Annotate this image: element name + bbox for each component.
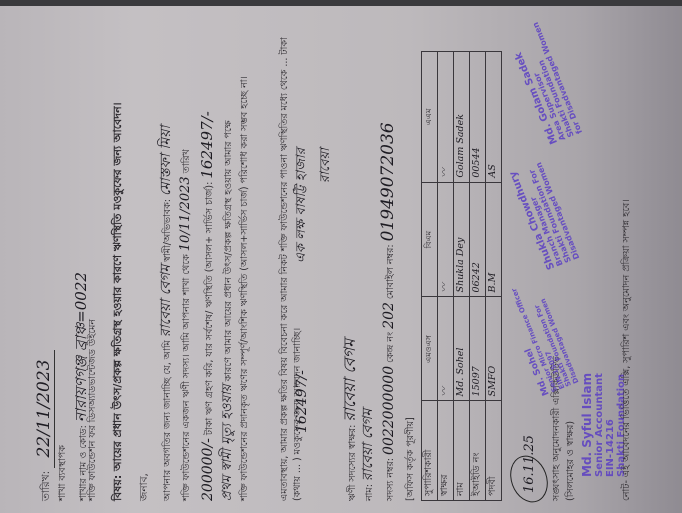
office-section-title: [অফিস কর্তৃক পূরণীয়] <box>405 417 418 501</box>
recommendation-table: সুপারিশকারী এমওএস বিএম এএম স্বাক্ষর 〰 〰 … <box>421 51 502 501</box>
footer-note: নোট- এই আবেদনের ভিত্তিতে এক্সি, সুপারিশ … <box>621 199 634 501</box>
signature-mos: 〰 <box>438 297 454 401</box>
para1-line3: 200000/- টাকা ঋণ গ্রহণ করি, যার সর্বশেষ/… <box>197 111 218 501</box>
row-header-name: নাম <box>454 401 470 501</box>
application-form-page: তারিখ: 22/11/2023 শাখা ব্যবস্থাপক শাখার … <box>21 0 661 513</box>
approver-sub-label: (সিলমোহর ও স্বাক্ষর) <box>565 421 578 501</box>
date-value: 22/11/2023 <box>34 350 55 468</box>
addressee-line-3: শক্তি ফাউন্ডেশন ফর ডিসঅ্যাডভান্টেজড উইমে… <box>87 319 100 501</box>
stamp-shukla-chowdhury: Shukla Chowdhury Branch Manager Shakti F… <box>508 160 582 272</box>
row-header-signature: স্বাক্ষর <box>438 401 454 501</box>
para2-in-words: এক লক্ষ বাষট্টি হাজার <box>293 148 311 263</box>
para2-amount: 162497/- <box>293 370 312 433</box>
row-header-designation: পদবী <box>486 401 502 501</box>
para1-line2: শক্তি ফাউন্ডেশনের একজন ঋণী সদস্য। আমি আপ… <box>177 149 195 501</box>
subject-line: বিষয়: আয়ের প্রধান উৎস/প্রকল্প ক্ষতিগ্র… <box>111 102 126 501</box>
para1-line1: আপনার অবগতির জন্য জানাচ্ছি যে, আমি রাবেয… <box>157 126 176 501</box>
salutation: জনাব, <box>137 473 151 501</box>
stamp-golam-sadek: Md. Golam Sadek Area Supervisor Shakti F… <box>505 21 584 146</box>
approver-signature <box>504 450 554 507</box>
para1-line4: প্রথম স্বামী মৃত্যু হওয়ায় কারণে আমার আ… <box>219 120 237 501</box>
row-header-ein: ইআইডি নং <box>470 401 486 501</box>
date-line: তারিখ: 22/11/2023 <box>33 350 56 501</box>
member-signature-line: ঋণী সদস্যের স্বাক্ষর: রাবেয়া বেগম <box>339 339 361 501</box>
addressee-line-1: শাখা ব্যবস্থাপক <box>57 445 70 501</box>
signature-bm: 〰 <box>438 182 454 297</box>
stamp-md-sohel: Md. Sohel Senior Micro Finance Officer E… <box>502 278 581 397</box>
date-label: তারিখ: <box>40 471 52 501</box>
member-name-line: নাম: রাবেয়া বেগম <box>359 409 378 501</box>
para1-line5: শক্তি ফাউন্ডেশনের প্রদানকৃত ঋণের সম্পূর্… <box>239 11 252 501</box>
member-number-line: সদস্য নম্বর: 0022000000 কেন্দ্র নং 202 ম… <box>377 122 400 501</box>
row-header-recommender: সুপারিশকারী <box>422 401 438 501</box>
para2-signature: রাবেয়া <box>317 148 335 183</box>
signature-am: 〰 <box>438 52 454 183</box>
